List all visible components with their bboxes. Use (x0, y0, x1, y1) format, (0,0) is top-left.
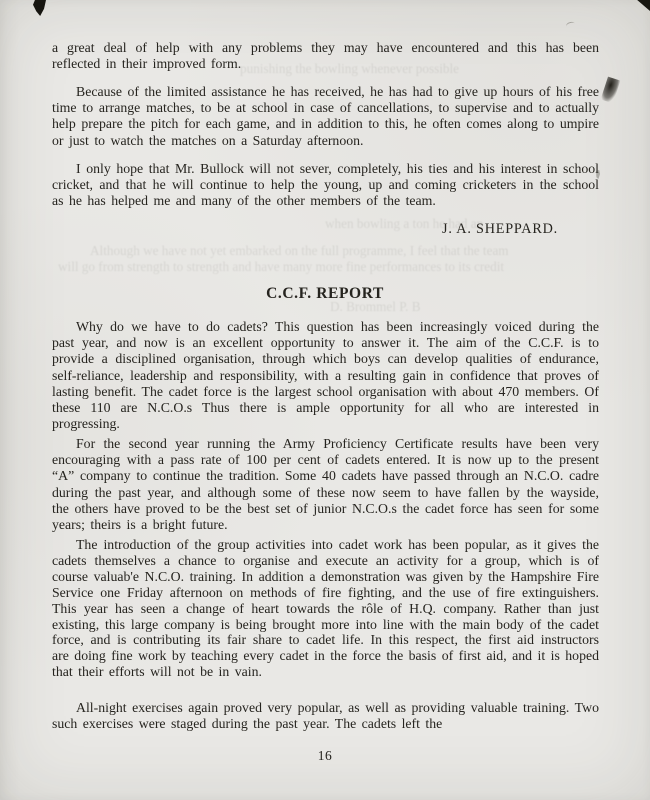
section-heading: C.C.F. REPORT (0, 285, 650, 303)
ccf-report-paragraph: Why do we have to do cadets? This questi… (52, 319, 599, 432)
cricket-report-paragraph: Because of the limited assistance he has… (52, 84, 599, 149)
ink-blot (601, 77, 621, 104)
bleedthrough-text: Although we have not yet embarked on the… (90, 243, 509, 259)
ccf-report-paragraph: For the second year running the Army Pro… (52, 436, 599, 533)
corner-ink-mark (634, 0, 650, 11)
pencil-mark (565, 21, 575, 29)
bleedthrough-text: will go from strength to strength and ha… (58, 259, 504, 275)
cricket-report-paragraph: a great deal of help with any problems t… (52, 40, 599, 72)
cricket-report-paragraph: I only hope that Mr. Bullock will not se… (52, 161, 599, 210)
corner-ink-mark (33, 0, 46, 16)
page-number: 16 (0, 748, 650, 764)
author-signature: J. A. SHEPPARD. (442, 221, 558, 238)
ccf-report-paragraph: The introduction of the group activities… (52, 537, 599, 680)
ccf-report-paragraph: All-night exercises again proved very po… (52, 700, 599, 732)
scanned-page: punishing the bowling whenever possible … (0, 0, 650, 800)
